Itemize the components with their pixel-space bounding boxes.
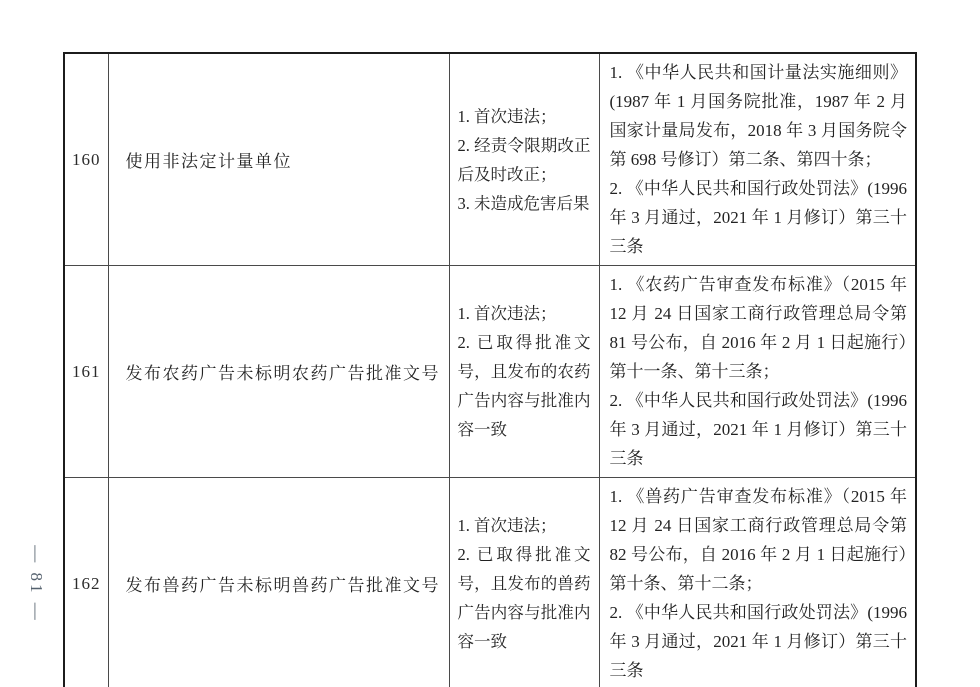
basis-item: 2. 《中华人民共和国行政处罚法》(1996 年 3 月通过，2021 年 1 … [610,598,908,685]
condition-item: 1. 首次违法； [458,511,591,540]
legal-basis-cell: 1. 《中华人民共和国计量法实施细则》(1987 年 1 月国务院批准，1987… [599,53,916,266]
conditions-cell: 1. 首次违法； 2. 已取得批准文号，且发布的兽药广告内容与批准内容一致 [449,478,599,687]
violation-text: 发布农药广告未标明农药广告批准文号 [108,266,449,478]
violation-text: 使用非法定计量单位 [108,53,449,266]
basis-item: 1. 《农药广告审查发布标准》（2015 年 12 月 24 日国家工商行政管理… [610,270,908,386]
conditions-cell: 1. 首次违法； 2. 经责令限期改正后及时改正； 3. 未造成危害后果 [449,53,599,266]
table-row-160: 160 使用非法定计量单位 1. 首次违法； 2. 经责令限期改正后及时改正； … [64,53,916,266]
conditions-cell: 1. 首次违法； 2. 已取得批准文号，且发布的农药广告内容与批准内容一致 [449,266,599,478]
penalty-table: 160 使用非法定计量单位 1. 首次违法； 2. 经责令限期改正后及时改正； … [63,52,917,687]
page-number: — 81 — [26,532,46,636]
violation-text: 发布兽药广告未标明兽药广告批准文号 [108,478,449,687]
condition-item: 3. 未造成危害后果 [458,189,591,218]
legal-basis-cell: 1. 《农药广告审查发布标准》（2015 年 12 月 24 日国家工商行政管理… [599,266,916,478]
legal-basis-cell: 1. 《兽药广告审查发布标准》（2015 年 12 月 24 日国家工商行政管理… [599,478,916,687]
basis-item: 2. 《中华人民共和国行政处罚法》(1996 年 3 月通过，2021 年 1 … [610,174,908,261]
condition-item: 1. 首次违法； [458,299,591,328]
row-number: 162 [64,478,108,687]
condition-item: 2. 经责令限期改正后及时改正； [458,131,591,189]
table-row-162: 162 发布兽药广告未标明兽药广告批准文号 1. 首次违法； 2. 已取得批准文… [64,478,916,687]
condition-item: 1. 首次违法； [458,102,591,131]
row-number: 160 [64,53,108,266]
basis-item: 2. 《中华人民共和国行政处罚法》(1996 年 3 月通过，2021 年 1 … [610,386,908,473]
table-row-161: 161 发布农药广告未标明农药广告批准文号 1. 首次违法； 2. 已取得批准文… [64,266,916,478]
basis-item: 1. 《中华人民共和国计量法实施细则》(1987 年 1 月国务院批准，1987… [610,58,908,174]
condition-item: 2. 已取得批准文号，且发布的农药广告内容与批准内容一致 [458,328,591,444]
condition-item: 2. 已取得批准文号，且发布的兽药广告内容与批准内容一致 [458,540,591,656]
row-number: 161 [64,266,108,478]
basis-item: 1. 《兽药广告审查发布标准》（2015 年 12 月 24 日国家工商行政管理… [610,482,908,598]
